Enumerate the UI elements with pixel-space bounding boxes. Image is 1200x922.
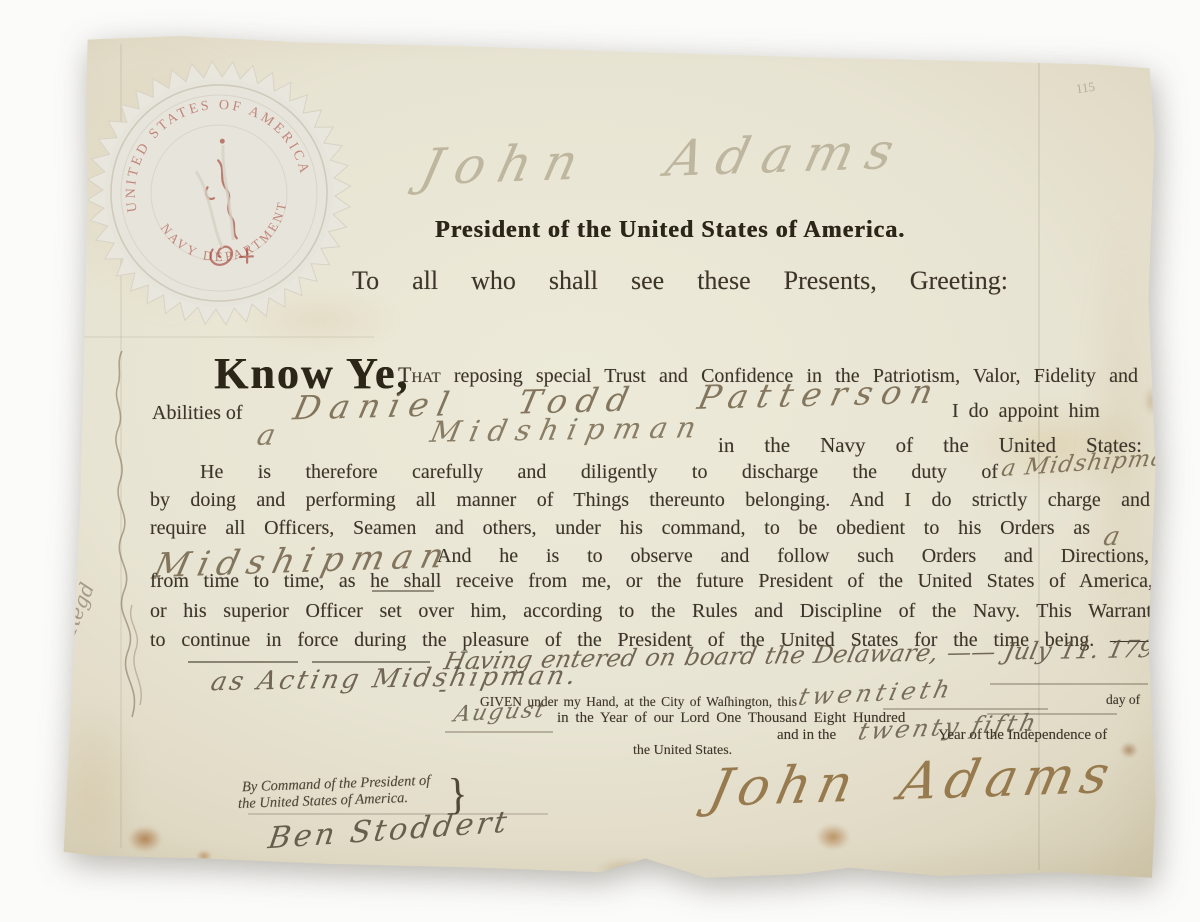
stain bbox=[1120, 742, 1138, 758]
day-of-label: day of bbox=[1106, 692, 1140, 708]
president-heading: President of the United States of Americ… bbox=[372, 217, 968, 244]
navy-department-seal: UNITED STATES OF AMERICA NAVY DEPARTMENT bbox=[58, 32, 381, 355]
salutation-line: To all who shall see these Presents, Gre… bbox=[352, 266, 1008, 326]
independence-line: Year of the Independence of bbox=[938, 727, 1107, 744]
opening-that: That bbox=[398, 362, 441, 387]
photographed-document: UNITED STATES OF AMERICA NAVY DEPARTMENT bbox=[0, 0, 1200, 922]
form-rule bbox=[445, 731, 553, 733]
appoint-him-label: I do appoint him bbox=[952, 400, 1100, 423]
stain bbox=[50, 700, 140, 870]
document-paper: UNITED STATES OF AMERICA NAVY DEPARTMENT bbox=[0, 0, 1200, 922]
paper-shadow: UNITED STATES OF AMERICA NAVY DEPARTMENT bbox=[0, 0, 1200, 922]
form-rule bbox=[188, 661, 298, 663]
month-script: August bbox=[451, 698, 549, 728]
and-in-the-label: and in the bbox=[777, 727, 836, 744]
abilities-label: Abilities of bbox=[152, 402, 243, 425]
margin-docket-scrawl bbox=[88, 345, 152, 725]
stain bbox=[816, 824, 850, 850]
given-closing: the United States. bbox=[633, 743, 732, 759]
corner-mark: 115 bbox=[1075, 79, 1096, 97]
year-line: in the Year of our Lord One Thousand Eig… bbox=[557, 710, 905, 727]
crease-line bbox=[62, 336, 374, 338]
form-rule bbox=[990, 683, 1148, 685]
stain bbox=[596, 858, 656, 880]
form-rule bbox=[312, 661, 430, 663]
stain bbox=[196, 850, 212, 862]
stain bbox=[1144, 386, 1158, 416]
